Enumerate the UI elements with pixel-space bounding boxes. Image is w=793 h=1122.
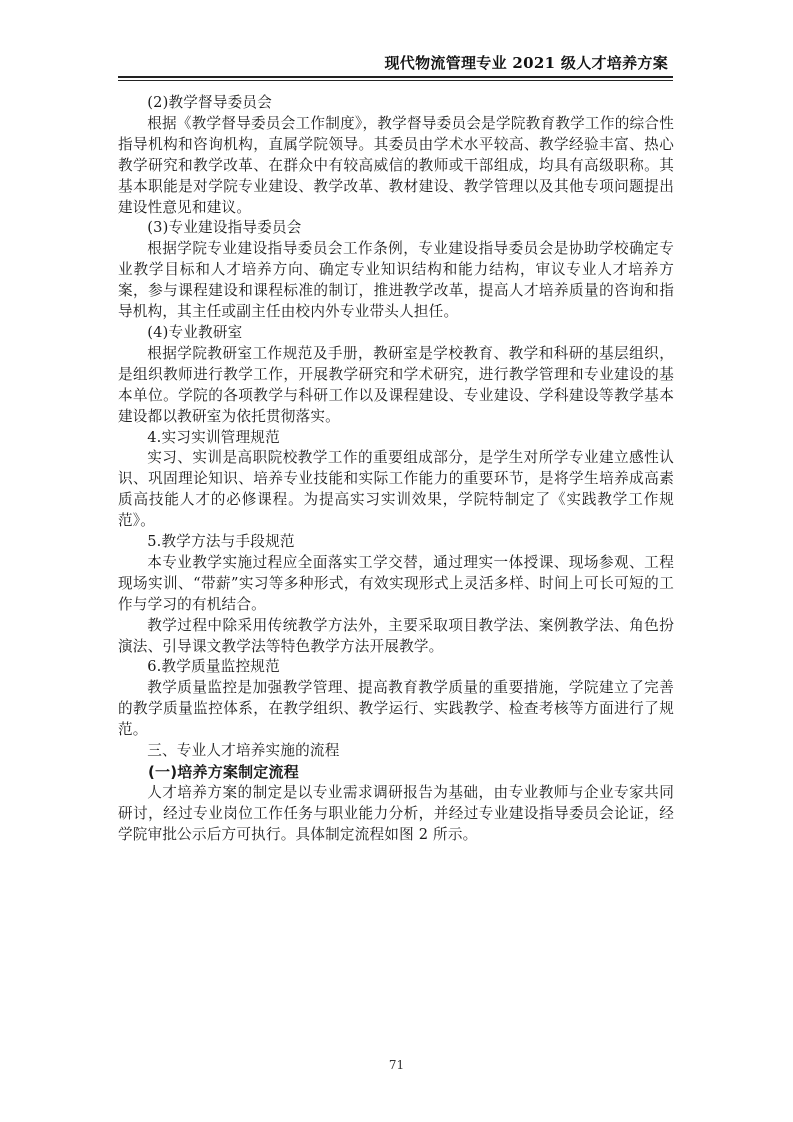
subheading-program-steering-committee: (3)专业建设指导委员会 (118, 218, 674, 239)
header-rule-thick (118, 76, 673, 78)
paragraph-teaching-methods-2: 教学过程中除采用传统教学方法外，主要采取项目教学法、案例教学法、角色扮演法、引导… (118, 616, 674, 658)
subheading-teaching-methods-rules: 5.教学方法与手段规范 (118, 532, 674, 553)
header-rule-thin (118, 80, 673, 81)
page-body: (2)教学督导委员会 根据《教学督导委员会工作制度》，教学督导委员会是学院教育教… (118, 93, 674, 846)
paragraph-program-steering-committee: 根据学院专业建设指导委员会工作条例，专业建设指导委员会是协助学校确定专业教学目标… (118, 239, 674, 323)
document-title: 现代物流管理专业 2021 级人才培养方案 (385, 52, 669, 73)
subheading-teaching-research-office: (4)专业教研室 (118, 323, 674, 344)
subsection-heading-plan-formulation: (一)培养方案制定流程 (118, 762, 674, 783)
paragraph-plan-formulation: 人才培养方案的制定是以专业需求调研报告为基础，由专业教师与企业专家共同研讨，经过… (118, 783, 674, 846)
paragraph-internship-training-rules: 实习、实训是高职院校教学工作的重要组成部分，是学生对所学专业建立感性认识、巩固理… (118, 448, 674, 532)
page-header: 现代物流管理专业 2021 级人才培养方案 (118, 52, 673, 82)
subheading-internship-training-rules: 4.实习实训管理规范 (118, 428, 674, 449)
paragraph-teaching-research-office: 根据学院教研室工作规范及手册，教研室是学校教育、教学和科研的基层组织，是组织教师… (118, 344, 674, 428)
subheading-quality-monitoring-rules: 6.教学质量监控规范 (118, 657, 674, 678)
paragraph-quality-monitoring: 教学质量监控是加强教学管理、提高教育教学质量的重要措施，学院建立了完善的教学质量… (118, 678, 674, 741)
subheading-teaching-supervision-committee: (2)教学督导委员会 (118, 93, 674, 114)
section-heading-implementation-process: 三、专业人才培养实施的流程 (118, 741, 674, 762)
paragraph-teaching-supervision-committee: 根据《教学督导委员会工作制度》，教学督导委员会是学院教育教学工作的综合性指导机构… (118, 114, 674, 219)
paragraph-teaching-methods-1: 本专业教学实施过程应全面落实工学交替，通过理实一体授课、现场参观、工程现场实训、… (118, 553, 674, 616)
page-number: 71 (0, 1058, 793, 1072)
